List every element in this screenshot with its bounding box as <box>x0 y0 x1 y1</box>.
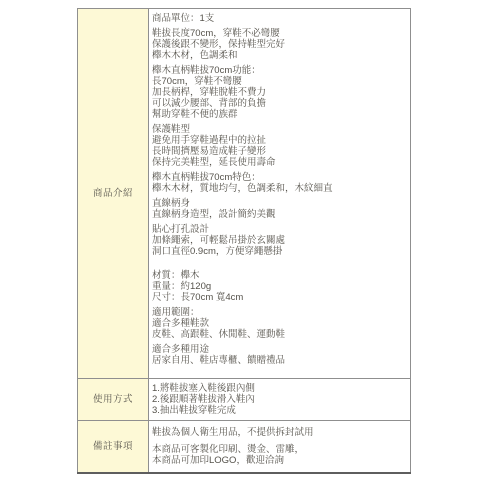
text-block-functions: 櫸木直柄鞋拔70cm功能：長70cm，穿鞋不彎腰加長柄桿，穿鞋脫鞋不費力可以減少… <box>152 65 406 120</box>
text-block-hole-design: 貼心打孔設計加條繩索，可輕鬆吊掛於玄關處洞口直徑0.9cm，方便穿繩懸掛 <box>152 224 406 257</box>
table-row-notes: 備註事項 鞋拔為個人衛生用品，不提供拆封試用 本商品可客製化印刷、燙金、雷雕，本… <box>78 421 411 474</box>
text-block-specs: 材質：櫸木重量：約120g尺寸：長70cm 寬4cm <box>152 270 406 303</box>
text-block-customization-note: 本商品可客製化印刷、燙金、雷雕，本商品可加印LOGO，歡迎洽詢 <box>152 444 406 466</box>
text-block-straight-handle: 直線柄身直線柄身造型，設計簡約美觀 <box>152 198 406 220</box>
page: 商品介紹 商品單位：1支 鞋拔長度70cm，穿鞋不必彎腰保護後跟不變形，保持鞋型… <box>0 0 480 480</box>
text-block-unit: 商品單位：1支 <box>152 13 406 24</box>
text-block-shape-protect: 保護鞋型避免用手穿鞋過程中的拉扯長時間擠壓易造成鞋子變形保持完美鞋型，延長使用壽… <box>152 124 406 168</box>
row-label-notes: 備註事項 <box>78 421 149 474</box>
table-row-product-intro: 商品介紹 商品單位：1支 鞋拔長度70cm，穿鞋不必彎腰保護後跟不變形，保持鞋型… <box>78 9 411 379</box>
row-content-product-intro: 商品單位：1支 鞋拔長度70cm，穿鞋不必彎腰保護後跟不變形，保持鞋型完好櫸木木… <box>149 9 411 379</box>
row-label-product-intro: 商品介紹 <box>78 9 149 379</box>
table-row-usage: 使用方式 1.將鞋拔塞入鞋後跟內側2.後跟順著鞋拔滑入鞋內3.抽出鞋拔穿鞋完成 <box>78 379 411 421</box>
product-spec-table: 商品介紹 商品單位：1支 鞋拔長度70cm，穿鞋不必彎腰保護後跟不變形，保持鞋型… <box>77 8 411 474</box>
row-content-notes: 鞋拔為個人衛生用品，不提供拆封試用 本商品可客製化印刷、燙金、雷雕，本商品可加印… <box>149 421 411 474</box>
text-block-applicable-shoes: 適用範圍：適合多種鞋款皮鞋、高跟鞋、休閒鞋、運動鞋 <box>152 307 406 340</box>
text-block-summary: 鞋拔長度70cm，穿鞋不必彎腰保護後跟不變形，保持鞋型完好櫸木木材，色調柔和 <box>152 28 406 61</box>
row-label-usage: 使用方式 <box>78 379 149 421</box>
text-block-usage-steps: 1.將鞋拔塞入鞋後跟內側2.後跟順著鞋拔滑入鞋內3.抽出鞋拔穿鞋完成 <box>152 383 406 416</box>
text-block-features: 櫸木直柄鞋拔70cm特色：櫸木木材，質地均勻，色調柔和，木紋細直 <box>152 172 406 194</box>
row-content-usage: 1.將鞋拔塞入鞋後跟內側2.後跟順著鞋拔滑入鞋內3.抽出鞋拔穿鞋完成 <box>149 379 411 421</box>
text-block-hygiene-note: 鞋拔為個人衛生用品，不提供拆封試用 <box>152 427 406 438</box>
text-block-applicable-uses: 適合多種用途居家自用、鞋店專櫃、饋贈禮品 <box>152 344 406 366</box>
